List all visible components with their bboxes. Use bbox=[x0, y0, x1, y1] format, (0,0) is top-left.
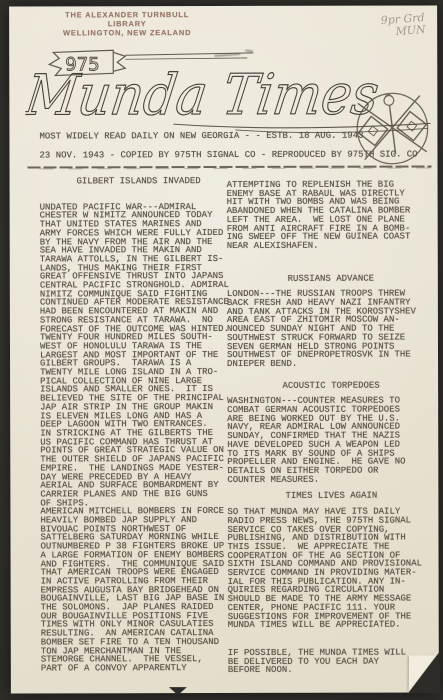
section-body: IF POSSIBLE, THE MUNDA TIMES WILL BE DEL… bbox=[228, 648, 436, 675]
signal-corps-emblem-icon bbox=[343, 82, 443, 175]
masthead-script-title: Munda Times bbox=[25, 63, 382, 129]
section-body: WASHINGTON---COUNTER MEASURES TO COMBAT … bbox=[227, 397, 435, 485]
left-column: GILBERT ISLANDS INVADED UNDATED PACIFIC … bbox=[40, 177, 239, 673]
section-heading: RUSSIANS ADVANCE bbox=[227, 274, 435, 283]
headline-gilbert-islands-invaded: GILBERT ISLANDS INVADED bbox=[40, 177, 238, 186]
dateline: 23 NOV. 1943 - COPIED BY 975TH SIGNAL CO… bbox=[39, 150, 417, 160]
left-column-body: UNDATED PACIFIC WAR---ADMIRAL CHESTER W … bbox=[40, 203, 239, 673]
section-body: LONDON---THE RUSSIAN TROOPS THREW BACK F… bbox=[227, 290, 435, 369]
tagline: MOST WIDELY READ DAILY ON NEW GEORGIA - … bbox=[39, 132, 363, 142]
library-stamp: THE ALEXANDER TURNBULL LIBRARY WELLINGTO… bbox=[57, 10, 197, 37]
section-russians-advance: RUSSIANS ADVANCE LONDON---THE RUSSIAN TR… bbox=[227, 274, 435, 369]
section-heading: ACOUSTIC TORPEDOES bbox=[227, 381, 435, 390]
pencil-note: 9pr Grd MUN bbox=[380, 12, 426, 39]
dog-ear-fold-icon bbox=[409, 655, 436, 691]
right-column: ATTEMPTING TO REPLENISH THE BIG ENEMY BA… bbox=[227, 180, 436, 675]
section-delivery-note: IF POSSIBLE, THE MUNDA TIMES WILL BE DEL… bbox=[228, 648, 436, 675]
photographed-newspaper-scan: THE ALEXANDER TURNBULL LIBRARY WELLINGTO… bbox=[0, 0, 443, 700]
paper-tear bbox=[169, 687, 187, 695]
section-rabaul-continuation: ATTEMPTING TO REPLENISH THE BIG ENEMY BA… bbox=[227, 180, 435, 250]
section-times-lives-again: TIMES LIVES AGAIN SO THAT MUNDA MAY HAVE… bbox=[227, 492, 435, 630]
section-body: ATTEMPTING TO REPLENISH THE BIG ENEMY BA… bbox=[227, 180, 435, 250]
library-stamp-line2: WELLINGTON, NEW ZEALAND bbox=[57, 28, 197, 37]
section-body: SO THAT MUNDA MAY HAVE ITS DAILY RADIO P… bbox=[227, 508, 435, 630]
library-stamp-line1: THE ALEXANDER TURNBULL LIBRARY bbox=[57, 10, 197, 28]
pencil-note-line2: MUN bbox=[395, 24, 426, 38]
section-heading: TIMES LIVES AGAIN bbox=[227, 492, 435, 501]
newspaper-page: THE ALEXANDER TURNBULL LIBRARY WELLINGTO… bbox=[9, 5, 439, 693]
section-acoustic-torpedoes: ACOUSTIC TORPEDOES WASHINGTON---COUNTER … bbox=[227, 381, 435, 484]
